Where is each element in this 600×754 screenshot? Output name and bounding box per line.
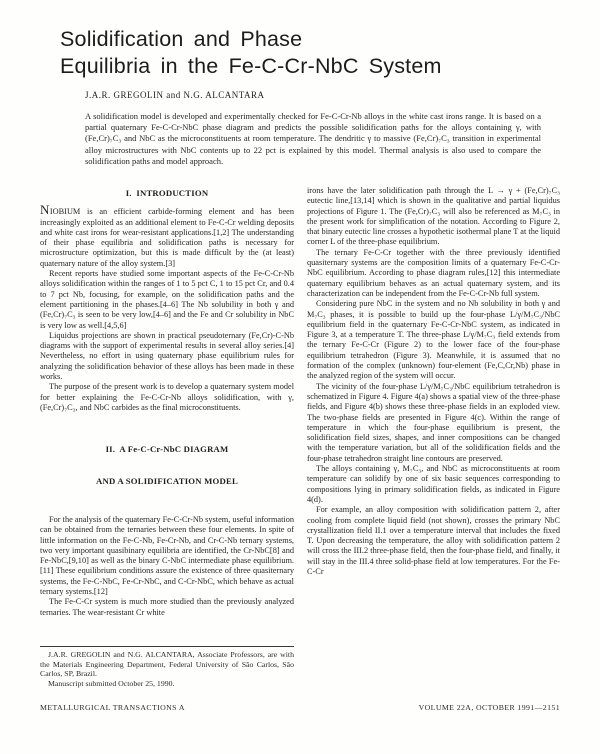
- section-model-heading: II. A Fe-C-Cr-NbC DIAGRAM AND A SOLIDIFI…: [40, 423, 294, 508]
- section-model-heading-line-2: AND A SOLIDIFICATION MODEL: [40, 476, 294, 487]
- footnote-affiliation: J.A.R. GREGOLIN and N.G. ALCANTARA, Asso…: [40, 650, 294, 679]
- model-paragraph: The Fe-C-Cr system is much more studied …: [40, 597, 294, 618]
- intro-paragraph: Liquidus projections are shown in practi…: [40, 331, 294, 382]
- title-line-2: Equilibria in the Fe-C-Cr-NbC System: [60, 53, 560, 80]
- title-line-1: Solidification and Phase: [60, 26, 560, 53]
- page-footer: METALLURGICAL TRANSACTIONS A VOLUME 22A,…: [40, 703, 560, 712]
- model-paragraph: For the analysis of the quaternary Fe-C-…: [40, 515, 294, 597]
- right-column-paragraph: The alloys containing γ, M₇C₃, and NbC a…: [307, 464, 560, 505]
- intro-paragraph: The purpose of the present work is to de…: [40, 382, 294, 413]
- intro-paragraph: Recent reports have studied some importa…: [40, 269, 294, 331]
- left-column: I. INTRODUCTION NIOBIUM is an efficient …: [40, 186, 294, 644]
- authors-line: J.A.R. GREGOLIN and N.G. ALCANTARA: [85, 90, 265, 100]
- right-column-paragraph: For example, an alloy composition with s…: [307, 505, 560, 577]
- paper-page: Solidification and Phase Equilibria in t…: [0, 0, 600, 754]
- footer-volume-page: VOLUME 22A, OCTOBER 1991—2151: [419, 703, 560, 712]
- paper-title: Solidification and Phase Equilibria in t…: [60, 26, 560, 80]
- footer-journal: METALLURGICAL TRANSACTIONS A: [40, 703, 185, 712]
- right-column: irons have the later solidification path…: [307, 186, 560, 700]
- section-model-heading-line-1: II. A Fe-C-Cr-NbC DIAGRAM: [40, 444, 294, 455]
- section-intro-heading: I. INTRODUCTION: [40, 188, 294, 198]
- right-column-paragraph: irons have the later solidification path…: [307, 186, 560, 248]
- intro-paragraph: NIOBIUM is an efficient carbide-forming …: [40, 205, 294, 269]
- right-column-paragraph: Considering pure NbC in the system and n…: [307, 299, 560, 381]
- author-footnote: J.A.R. GREGOLIN and N.G. ALCANTARA, Asso…: [40, 646, 294, 689]
- abstract-text: A solidification model is developed and …: [85, 111, 541, 167]
- footnote-manuscript-date: Manuscript submitted October 25, 1990.: [40, 679, 294, 689]
- right-column-paragraph: The vicinity of the four-phase L/γ/M₇C₃/…: [307, 382, 560, 464]
- right-column-paragraph: The ternary Fe-C-Cr together with the th…: [307, 248, 560, 299]
